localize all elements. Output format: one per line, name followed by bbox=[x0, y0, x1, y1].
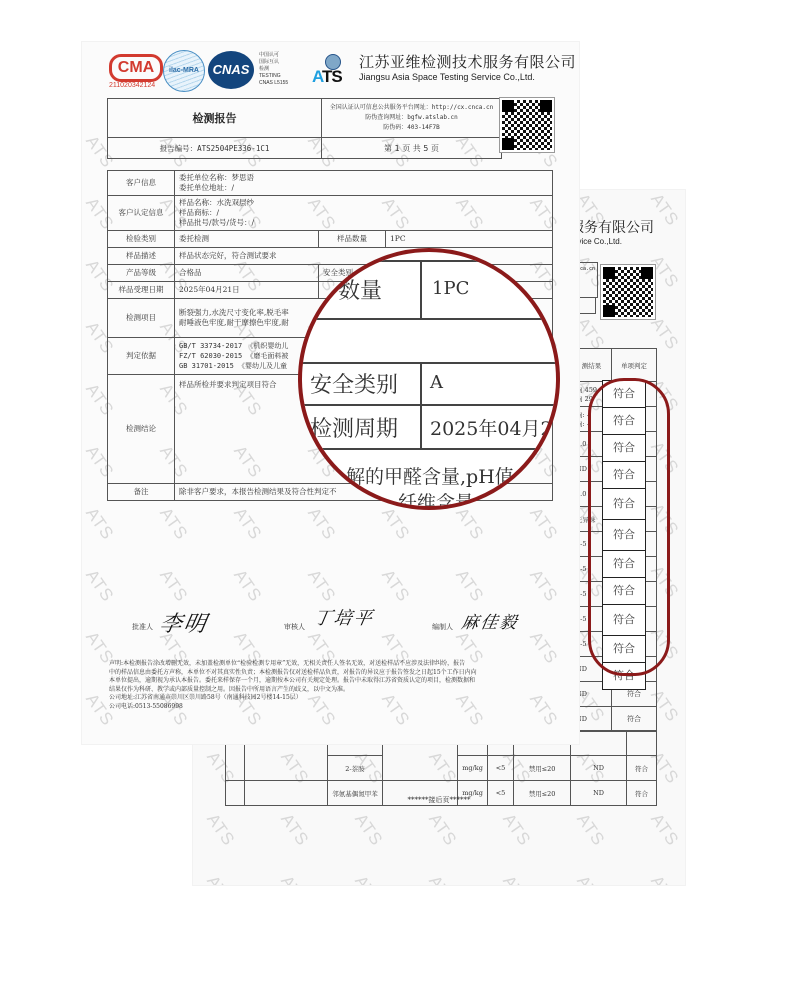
watermark-text: ATS bbox=[155, 504, 191, 544]
ats-logo: ATS bbox=[312, 54, 354, 88]
verdict-header: 单项判定 bbox=[611, 349, 656, 382]
watermark-text: ATS bbox=[498, 810, 534, 850]
company-name-en: Jiangsu Asia Space Testing Service Co.,L… bbox=[359, 72, 535, 82]
anti-fake-code: 防伪码：403-14F7B bbox=[326, 123, 497, 133]
table-row: 2-萘胺mg/kg<5禁用≤20ND符合 bbox=[226, 756, 657, 781]
verdict-highlight bbox=[588, 378, 670, 676]
ilac-mra-logo: ilac-MRA bbox=[163, 50, 205, 92]
table-row: ND符合 bbox=[572, 707, 657, 732]
report-number: 报告编号：ATS2504PE336-1C1 bbox=[108, 138, 322, 159]
cma-number: 211020342124 bbox=[109, 82, 155, 89]
report-header: CMA 211020342124 ilac-MRA CNAS 中国认可 国际互认… bbox=[109, 50, 579, 90]
remark-label: 备注 bbox=[108, 484, 175, 501]
grade: 合格品 bbox=[175, 265, 319, 282]
reviewer-signature: 丁培平 bbox=[312, 604, 377, 630]
inspect-type: 委托检测 bbox=[175, 231, 319, 248]
blank bbox=[382, 756, 457, 781]
sample-qty: 1PC bbox=[386, 231, 553, 248]
watermark-text: ATS bbox=[303, 566, 339, 606]
watermark-text: ATS bbox=[82, 566, 118, 606]
blank bbox=[226, 756, 245, 781]
watermark-text: ATS bbox=[303, 504, 339, 544]
magnifier-qty-label: 数量 bbox=[338, 274, 382, 305]
report-title: 检测报告 bbox=[108, 99, 322, 138]
customer-address: 委托单位地址：/ bbox=[179, 183, 548, 193]
basis-label: 判定依据 bbox=[108, 338, 175, 375]
watermark-text: ATS bbox=[424, 872, 460, 885]
declaration-line: 结果仅作为科研、教学或内部质量控制之用。因报告中所用语言产生的歧义，以中文为准。 bbox=[109, 686, 554, 695]
approver-signature: 李明 bbox=[157, 607, 210, 638]
watermark-text: ATS bbox=[572, 872, 608, 885]
qr-code bbox=[500, 98, 554, 152]
magnifier-safety-label: 安全类别 bbox=[310, 368, 398, 399]
watermark-text: ATS bbox=[276, 872, 312, 885]
watermark-text: ATS bbox=[202, 810, 238, 850]
magnifier-qty-value: 1PC bbox=[432, 278, 469, 299]
sample-batch: 样品批号/款号/货号：/ bbox=[179, 218, 548, 228]
declaration-line: 公司电话:0513-55086998 bbox=[109, 703, 554, 712]
cnas-text: 中国认可 国际互认 检测 TESTING CNAS L5155 bbox=[259, 52, 288, 87]
receive-date-label: 样品受理日期 bbox=[108, 282, 175, 299]
verdict-value: 符合 bbox=[611, 707, 656, 732]
watermark-text: ATS bbox=[424, 810, 460, 850]
watermark-text: ATS bbox=[276, 810, 312, 850]
report-title-table: 检测报告 全国认证认可信息公共服务平台网址：http://cx.cnca.cn … bbox=[107, 98, 502, 159]
sample-desc-label: 样品描述 bbox=[108, 248, 175, 265]
customer-info-label: 客户信息 bbox=[108, 171, 175, 196]
watermark-text: ATS bbox=[377, 566, 413, 606]
sample-qty-label: 样品数量 bbox=[319, 231, 386, 248]
watermark-text: ATS bbox=[525, 566, 561, 606]
watermark-text: ATS bbox=[646, 872, 682, 885]
watermark-text: ATS bbox=[229, 566, 265, 606]
watermark-text: ATS bbox=[451, 504, 487, 544]
magnifier-content: 数量 1PC 安全类别 A 检测周期 2025年04月2 解的甲醛含量,pH值 … bbox=[302, 252, 556, 506]
ats-logo-text: ATS bbox=[312, 67, 342, 87]
declaration-line: 本单位提出，逾期视为承认本报告。委托来样保存一个月，逾期按本公司有关规定处理。报… bbox=[109, 677, 554, 686]
blank bbox=[245, 756, 328, 781]
detection-limit: <5 bbox=[487, 756, 513, 781]
magnifier-period-label: 检测周期 bbox=[310, 412, 398, 443]
cert-platform: 全国认证认可信息公共服务平台网址：http://cx.cnca.cn bbox=[326, 103, 497, 113]
anti-fake-site: 防伪查询网址：bgfw.atslab.cn bbox=[326, 113, 497, 123]
cma-logo: CMA bbox=[109, 54, 163, 82]
company-name-cn: 江苏亚维检测技术服务有限公司 bbox=[359, 51, 576, 72]
sample-name: 样品名称：水洗双层纱 bbox=[179, 198, 548, 208]
verdict-value: 符合 bbox=[627, 756, 657, 781]
watermark-text: ATS bbox=[350, 872, 386, 885]
cnas-logo: CNAS bbox=[208, 51, 254, 89]
sample-brand: 样品商标：/ bbox=[179, 208, 548, 218]
customer-name: 委托单位名称：梦思语 bbox=[179, 173, 548, 183]
editor-signature: 麻佳毅 bbox=[460, 608, 521, 633]
cert-info: 全国认证认可信息公共服务平台网址：http://cx.cnca.cn 防伪查询网… bbox=[322, 99, 502, 138]
reviewer-label: 审核人 bbox=[284, 622, 305, 632]
receive-date: 2025年04月21日 bbox=[175, 282, 319, 299]
approver-label: 批准人 bbox=[132, 622, 153, 632]
requirement: 禁用≤20 bbox=[514, 756, 571, 781]
watermark-text: ATS bbox=[646, 810, 682, 850]
test-items-label: 检测项目 bbox=[108, 299, 175, 338]
watermark-text: ATS bbox=[572, 810, 608, 850]
watermark-text: ATS bbox=[82, 504, 118, 544]
declaration-line: 公司地址:江苏省南通市崇川区崇川路58号（南通科技园2号楼14-15层） bbox=[109, 694, 554, 703]
declaration-line: 中的样品信息由委托方声称，本单位不对其真实性负责；本检测报告仅对送检样品负责，对… bbox=[109, 669, 554, 678]
watermark-text: ATS bbox=[525, 504, 561, 544]
watermark-text: ATS bbox=[451, 566, 487, 606]
result-value: ND bbox=[570, 756, 626, 781]
test-item: 2-萘胺 bbox=[328, 756, 383, 781]
declaration: 声明:本检测报告涂改增删无效，未加盖检测单位“检验检测专用章”无效，无相关责任人… bbox=[109, 660, 554, 711]
inspect-type-label: 检验类别 bbox=[108, 231, 175, 248]
magnifier-lens: 数量 1PC 安全类别 A 检测周期 2025年04月2 解的甲醛含量,pH值 … bbox=[298, 248, 560, 510]
conclusion-label: 检测结论 bbox=[108, 375, 175, 484]
page-info: 第 1 页 共 5 页 bbox=[322, 138, 502, 159]
continued-marker: ******接后页****** bbox=[193, 795, 685, 805]
unit: mg/kg bbox=[458, 756, 488, 781]
magnifier-safety-value: A bbox=[430, 372, 443, 393]
declaration-line: 声明:本检测报告涂改增删无效，未加盖检测单位“检验检测专用章”无效，无相关责任人… bbox=[109, 660, 554, 669]
qr-code-back bbox=[601, 265, 655, 319]
watermark-text: ATS bbox=[202, 872, 238, 885]
magnifier-partial-line1: 解的甲醛含量,pH值 bbox=[346, 462, 514, 489]
watermark-text: ATS bbox=[377, 504, 413, 544]
watermark-text: ATS bbox=[229, 504, 265, 544]
grade-label: 产品等级 bbox=[108, 265, 175, 282]
watermark-text: ATS bbox=[155, 566, 191, 606]
customer-confirmed-label: 客户认定信息 bbox=[108, 196, 175, 231]
company-name-cn-partial: 服务有限公司 bbox=[570, 217, 654, 237]
watermark-text: ATS bbox=[350, 810, 386, 850]
magnifier-period-value: 2025年04月2 bbox=[430, 414, 553, 441]
editor-label: 编制人 bbox=[432, 622, 453, 632]
watermark-text: ATS bbox=[498, 872, 534, 885]
